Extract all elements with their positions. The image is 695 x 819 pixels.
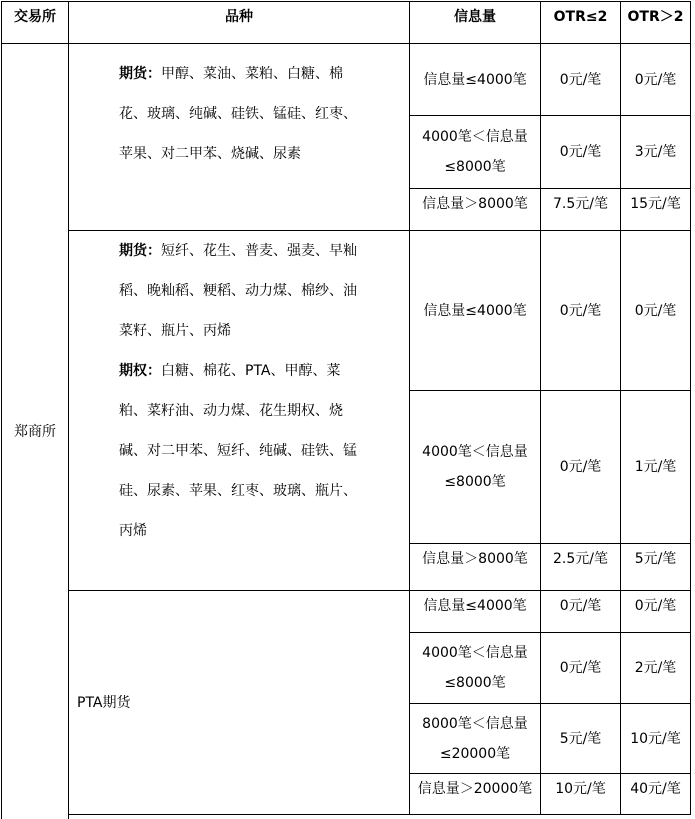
fee-otr-le-2: 0元/笔: [540, 230, 621, 391]
fee-otr-le-2: 0元/笔: [540, 43, 621, 116]
header-variety: 品种: [68, 1, 410, 44]
header-otr-le-2: OTR≤2: [540, 1, 621, 44]
fee-otr-gt-2: 40元/笔: [620, 773, 691, 815]
range-cell: 4000笔＜信息量 ≤8000笔: [409, 632, 541, 704]
fee-otr-gt-2: 0元/笔: [620, 43, 691, 116]
fee-otr-gt-2: 0元/笔: [620, 590, 691, 633]
fee-otr-le-2: 5元/笔: [540, 703, 621, 774]
options-label: 期权：: [119, 363, 161, 379]
futures-label: 期货：: [119, 243, 161, 259]
range-cell: 信息量＞8000笔: [409, 543, 541, 591]
fee-otr-gt-2: 0元/笔: [620, 230, 691, 391]
fee-otr-le-2: 0元/笔: [540, 590, 621, 633]
range-line-2: ≤8000笔: [444, 152, 505, 182]
fee-otr-le-2: 2.5元/笔: [540, 543, 621, 591]
range-cell: 4000笔＜信息量 ≤8000笔: [409, 390, 541, 544]
fee-otr-le-2: 0元/笔: [540, 115, 621, 189]
range-cell: 信息量≤4000笔: [409, 43, 541, 116]
range-cell: 4000笔＜信息量 ≤8000笔: [409, 115, 541, 189]
fee-otr-gt-2: 5元/笔: [620, 543, 691, 591]
fee-otr-gt-2: 15元/笔: [620, 188, 691, 231]
header-otr-gt-2: OTR＞2: [620, 1, 691, 44]
range-line-1: 4000笔＜信息量: [422, 437, 528, 467]
range-line-1: 8000笔＜信息量: [422, 709, 528, 739]
fee-otr-le-2: 10元/笔: [540, 773, 621, 815]
options-list: 白糖、棉花、PTA、甲醇、菜粕、菜籽油、动力煤、花生期权、烧碱、对二甲苯、短纤、…: [119, 363, 357, 539]
variety-cell-group-1: 期货：甲醇、菜油、菜粕、白糖、棉花、玻璃、纯碱、硅铁、锰硅、红枣、苹果、对二甲苯…: [68, 43, 410, 231]
fee-otr-le-2: 7.5元/笔: [540, 188, 621, 231]
range-cell: 信息量≤4000笔: [409, 590, 541, 633]
header-exchange: 交易所: [1, 1, 69, 44]
range-cell: 信息量＞20000笔: [409, 773, 541, 815]
range-line-2: ≤8000笔: [444, 467, 505, 497]
fee-otr-gt-2: 3元/笔: [620, 115, 691, 189]
exchange-name: 郑商所: [14, 417, 56, 447]
fee-otr-le-2: 0元/笔: [540, 390, 621, 544]
futures-label: 期货：: [119, 66, 161, 82]
fee-otr-gt-2: 1元/笔: [620, 390, 691, 544]
exchange-cell: 郑商所: [1, 43, 69, 819]
fee-otr-gt-2: 2元/笔: [620, 632, 691, 704]
variety-pta-futures: PTA期货: [77, 688, 130, 718]
variety-cell-group-3: PTA期货: [68, 590, 410, 815]
range-line-2: ≤20000笔: [440, 739, 510, 769]
range-cell: 信息量≤4000笔: [409, 230, 541, 391]
range-line-1: 4000笔＜信息量: [422, 638, 528, 668]
header-message-volume: 信息量: [409, 1, 541, 44]
range-line-1: 4000笔＜信息量: [422, 122, 528, 152]
fee-otr-gt-2: 10元/笔: [620, 703, 691, 774]
range-cell: 8000笔＜信息量 ≤20000笔: [409, 703, 541, 774]
range-cell: 信息量＞8000笔: [409, 188, 541, 231]
variety-cell-group-2: 期货：短纤、花生、普麦、强麦、早籼稻、晚籼稻、粳稻、动力煤、棉纱、油菜籽、瓶片、…: [68, 230, 410, 591]
range-line-2: ≤8000笔: [444, 668, 505, 698]
fee-otr-le-2: 0元/笔: [540, 632, 621, 704]
